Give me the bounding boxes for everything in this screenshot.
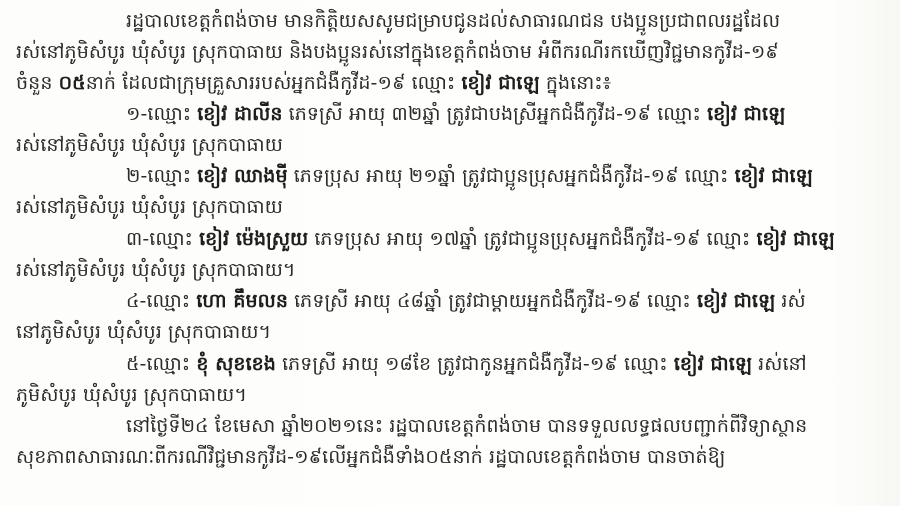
closing-text-2: សុខភាពសាធារណៈពីករណីវិជ្ជមានកូវីដ-១៩លើអ្ន… — [16, 446, 726, 468]
person-5-patient: ខៀវ ជាឡេ — [674, 353, 752, 375]
person-4-details: ភេទស្រី អាយុ ៤៨ឆ្នាំ ត្រូវជាម្តាយអ្នកជំង… — [288, 290, 697, 312]
person-5-address-text: ភូមិសំបូរ ឃុំសំបូរ ស្រុកបាធាយ។ — [16, 384, 247, 406]
person-3-prefix: ៣-ឈ្មោះ — [126, 228, 199, 250]
person-2-address: រស់នៅភូមិសំបូរ ឃុំសំបូរ ស្រុកបាធាយ — [16, 192, 283, 223]
person-1-address-text: រស់នៅភូមិសំបូរ ឃុំសំបូរ ស្រុកបាធាយ — [16, 134, 283, 156]
document-page: រដ្ឋបាលខេត្តកំពង់ចាម មានកិត្តិយសសូមជម្រា… — [0, 0, 900, 506]
intro-text-3c: ក្នុងនោះ៖ — [540, 72, 611, 94]
person-2-prefix: ២-ឈ្មោះ — [126, 165, 197, 187]
person-1-prefix: ១-ឈ្មោះ — [126, 103, 197, 125]
person-3-address: រស់នៅភូមិសំបូរ ឃុំសំបូរ ស្រុកបាធាយ។ — [16, 255, 296, 286]
person-2-address-text: រស់នៅភូមិសំបូរ ឃុំសំបូរ ស្រុកបាធាយ — [16, 196, 283, 218]
person-2-name: ខៀវ ឈាងម៉ី — [197, 165, 287, 187]
person-3-patient: ខៀវ ជាឡេ — [756, 228, 834, 250]
person-1-line: ១-ឈ្មោះ ខៀវ ដាលីន ភេទស្រី អាយុ ៣២ឆ្នាំ ត… — [126, 99, 785, 130]
intro-text-3a: ចំនួន — [16, 72, 59, 94]
person-3-name: ខៀវ ម៉េងស្រួយ — [199, 228, 308, 250]
person-4-name: ហោ គឹមលន — [196, 290, 288, 312]
person-4-address-text: នៅភូមិសំបូរ ឃុំសំបូរ ស្រុកបាធាយ។ — [16, 321, 271, 343]
person-2-details: ភេទប្រុស អាយុ ២១ឆ្នាំ ត្រូវជាប្អូនប្រុសអ… — [288, 165, 735, 187]
person-1-patient: ខៀវ ជាឡេ — [707, 103, 785, 125]
person-5-line: ៥-ឈ្មោះ ខុំ សុខខេង ភេទស្រី អាយុ ១៨ខែ ត្រ… — [126, 349, 807, 380]
intro-line-3: ចំនួន ០៥នាក់ ដែលជាក្រុមគ្រួសាររបស់អ្នកជំ… — [16, 68, 611, 99]
person-5-address: ភូមិសំបូរ ឃុំសំបូរ ស្រុកបាធាយ។ — [16, 380, 247, 411]
person-4-patient: ខៀវ ជាឡេ — [697, 290, 775, 312]
person-1-details: ភេទស្រី អាយុ ៣២ឆ្នាំ ត្រូវជាបងស្រីអ្នកជំ… — [283, 103, 708, 125]
patient-name: ខៀវ ជាឡេ — [462, 72, 540, 94]
person-4-address: នៅភូមិសំបូរ ឃុំសំបូរ ស្រុកបាធាយ។ — [16, 317, 271, 348]
person-5-tail: រស់នៅ — [752, 353, 807, 375]
person-4-prefix: ៤-ឈ្មោះ — [126, 290, 196, 312]
intro-text-1: រដ្ឋបាលខេត្តកំពង់ចាម មានកិត្តិយសសូមជម្រា… — [126, 10, 780, 32]
person-5-details: ភេទស្រី អាយុ ១៨ខែ ត្រូវជាកូនអ្នកជំងឺកូវី… — [276, 353, 674, 375]
closing-line-2: សុខភាពសាធារណៈពីករណីវិជ្ជមានកូវីដ-១៩លើអ្ន… — [16, 442, 726, 473]
person-1-address: រស់នៅភូមិសំបូរ ឃុំសំបូរ ស្រុកបាធាយ — [16, 130, 283, 161]
person-2-line: ២-ឈ្មោះ ខៀវ ឈាងម៉ី ភេទប្រុស អាយុ ២១ឆ្នាំ… — [126, 161, 813, 192]
closing-line-1: នៅថ្ងៃទី២៤ ខែមេសា ឆ្នាំ២០២១នេះ រដ្ឋបាលខេ… — [126, 411, 807, 442]
person-3-address-text: រស់នៅភូមិសំបូរ ឃុំសំបូរ ស្រុកបាធាយ។ — [16, 259, 296, 281]
person-1-name: ខៀវ ដាលីន — [197, 103, 282, 125]
intro-line-2: រស់នៅភូមិសំបូរ ឃុំសំបូរ ស្រុកបាធាយ និងបង… — [16, 37, 779, 68]
person-4-tail: រស់ — [775, 290, 805, 312]
case-count: ០៥ — [59, 72, 86, 94]
closing-text-1: នៅថ្ងៃទី២៤ ខែមេសា ឆ្នាំ២០២១នេះ រដ្ឋបាលខេ… — [126, 415, 807, 437]
person-3-line: ៣-ឈ្មោះ ខៀវ ម៉េងស្រួយ ភេទប្រុស អាយុ ១៧ឆ្… — [126, 224, 835, 255]
person-3-details: ភេទប្រុស អាយុ ១៧ឆ្នាំ ត្រូវជាប្អូនប្រុសអ… — [308, 228, 756, 250]
person-5-name: ខុំ សុខខេង — [196, 353, 276, 375]
intro-line-1: រដ្ឋបាលខេត្តកំពង់ចាម មានកិត្តិយសសូមជម្រា… — [126, 6, 780, 37]
intro-text-2: រស់នៅភូមិសំបូរ ឃុំសំបូរ ស្រុកបាធាយ និងបង… — [16, 41, 779, 63]
person-4-line: ៤-ឈ្មោះ ហោ គឹមលន ភេទស្រី អាយុ ៤៨ឆ្នាំ ត្… — [126, 286, 806, 317]
intro-text-3b: នាក់ ដែលជាក្រុមគ្រួសាររបស់អ្នកជំងឺកូវីដ-… — [86, 72, 462, 94]
person-5-prefix: ៥-ឈ្មោះ — [126, 353, 196, 375]
person-2-patient: ខៀវ ជាឡេ — [735, 165, 813, 187]
